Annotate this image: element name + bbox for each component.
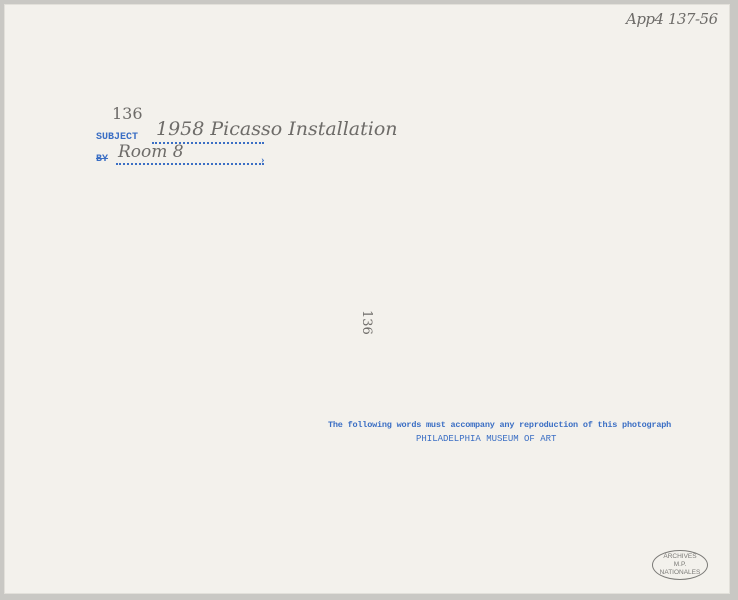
rotated-number: 136 <box>359 310 374 335</box>
by-value: Room 8 <box>118 142 184 162</box>
archive-stamp-line3: NATIONALES <box>653 569 707 577</box>
by-label: BY <box>96 154 108 165</box>
subject-value: 1958 Picasso Installation <box>156 118 398 140</box>
by-dotted-line <box>116 163 264 165</box>
credit-line-instruction: The following words must accompany any r… <box>328 420 671 430</box>
credit-line-museum: PHILADELPHIA MUSEUM OF ART <box>416 434 556 444</box>
archive-stamp-line1: ARCHIVES <box>653 553 707 561</box>
handwritten-number: 136 <box>112 104 143 123</box>
accession-number: App4 137-56 <box>626 10 718 28</box>
photo-verso-paper: App4 137-56 136 SUBJECT 1958 Picasso Ins… <box>4 4 730 594</box>
archive-stamp-line2: M.P. <box>653 561 707 569</box>
archives-stamp: ARCHIVES M.P. NATIONALES <box>652 550 708 580</box>
arrow-mark-icon: › <box>261 154 265 166</box>
